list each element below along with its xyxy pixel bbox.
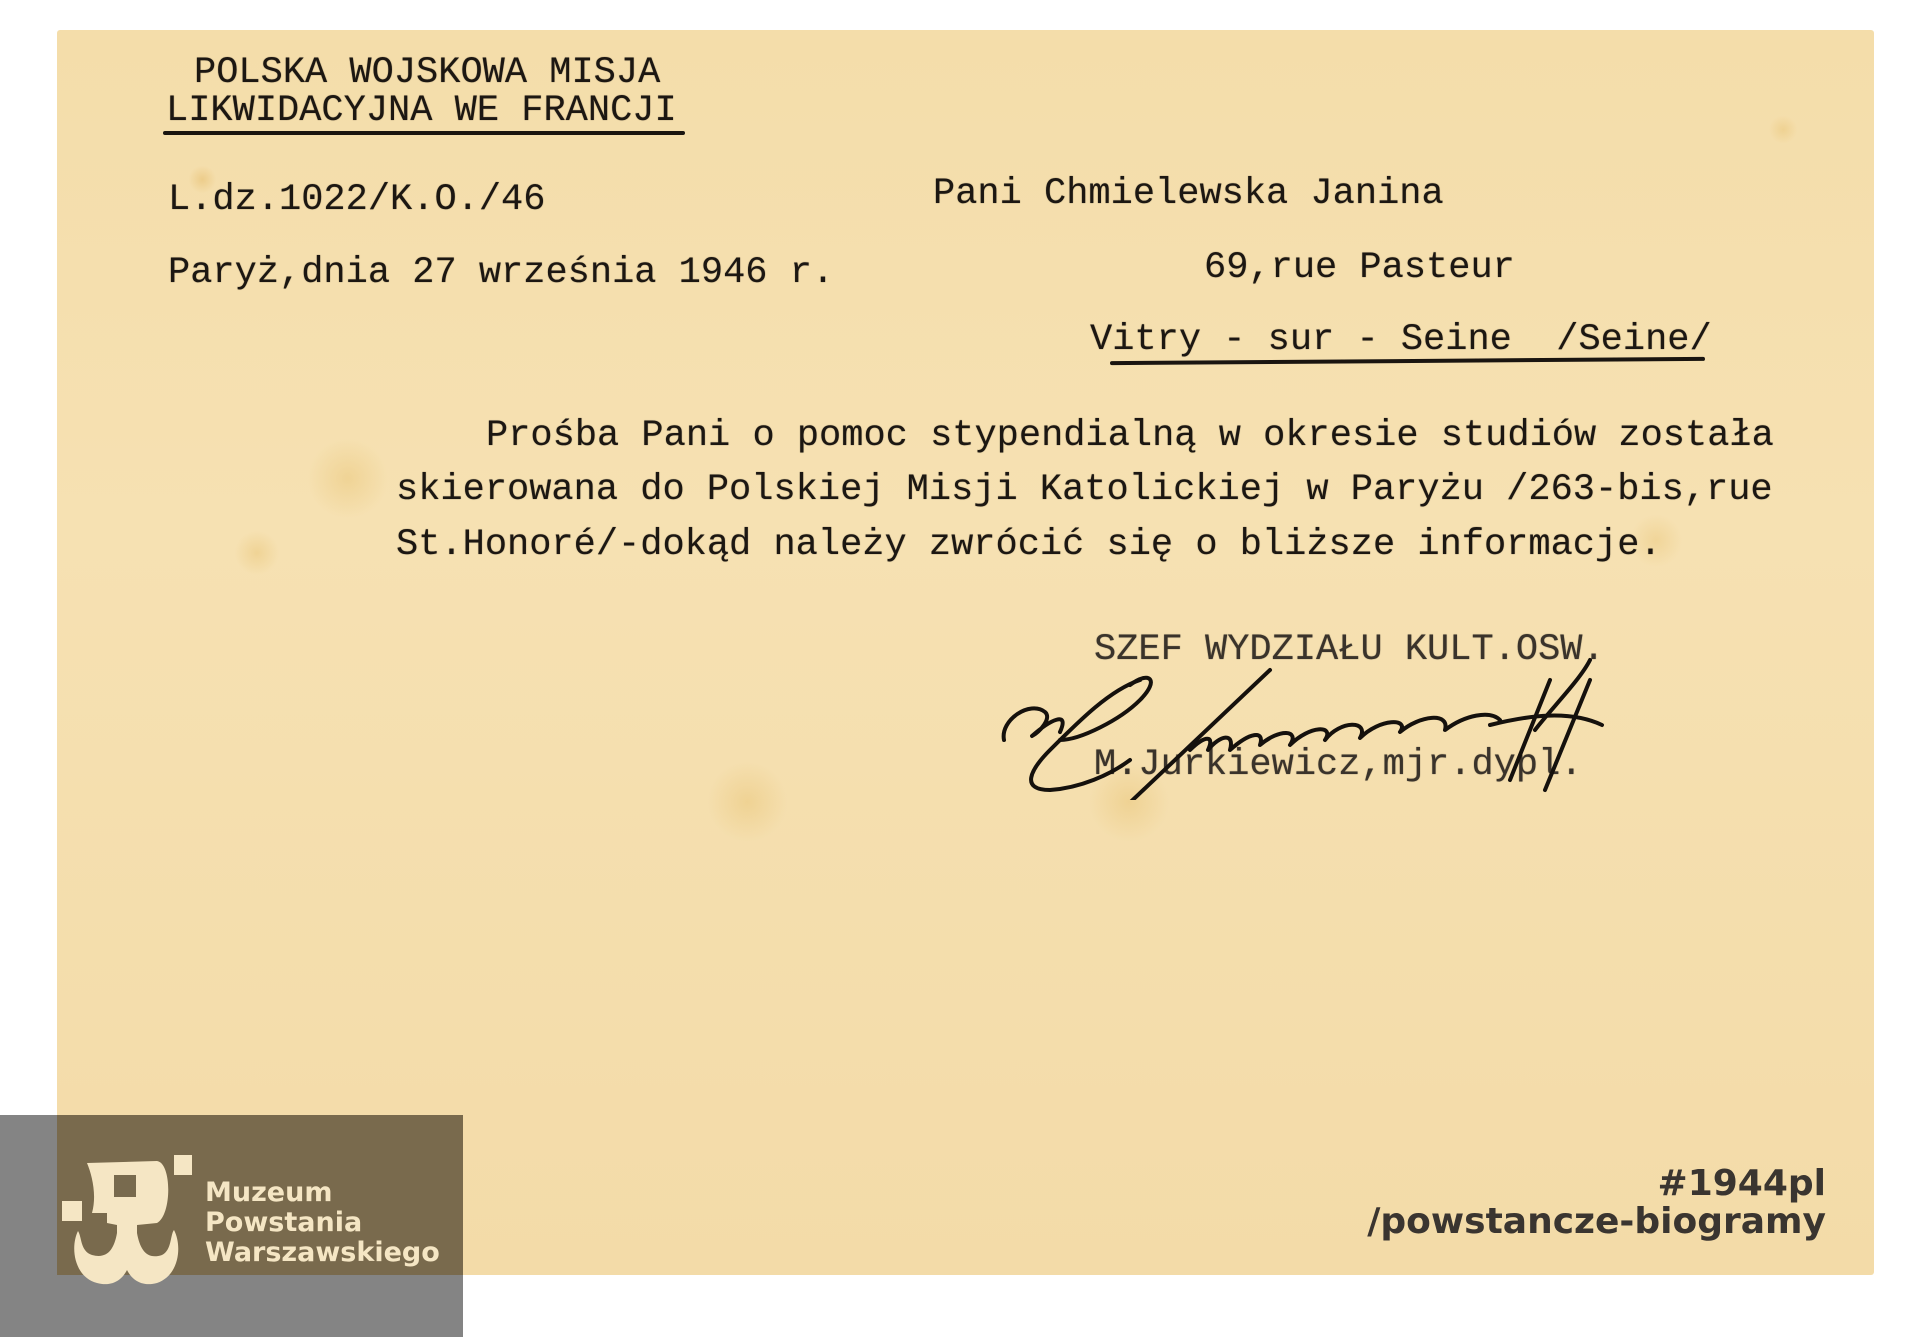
reference-number: L.dz.1022/K.O./46 (168, 182, 545, 219)
signature-name: M.Jurkiewicz,mjr.dypl. (1094, 747, 1582, 784)
letterhead-line-1: POLSKA WOJSKOWA MISJA (194, 55, 660, 92)
museum-name-line-3: Warszawskiego (205, 1238, 440, 1268)
hashtag: #1944pl (1367, 1165, 1826, 1203)
signature-title: SZEF WYDZIAŁU KULT.OSW. (1094, 632, 1605, 669)
letterhead-underline (163, 131, 685, 135)
biography-path: /powstancze-biogramy (1367, 1203, 1826, 1241)
recipient-street: 69,rue Pasteur (1204, 250, 1515, 287)
body-line-1: Prośba Pani o pomoc stypendialną w okres… (486, 418, 1774, 455)
museum-anchor-logo-icon (62, 1155, 192, 1285)
body-line-3: St.Honoré/-dokąd należy zwrócić się o bl… (396, 527, 1662, 564)
place-date: Paryż,dnia 27 września 1946 r. (168, 255, 834, 292)
museum-name: Muzeum Powstania Warszawskiego (205, 1178, 440, 1268)
recipient-name: Pani Chmielewska Janina (933, 176, 1444, 213)
recipient-city: Vitry - sur - Seine /Seine/ (1090, 322, 1712, 359)
museum-name-line-1: Muzeum (205, 1178, 440, 1208)
watermark-tags: #1944pl /powstancze-biogramy (1367, 1165, 1826, 1241)
museum-name-line-2: Powstania (205, 1208, 440, 1238)
letterhead-line-2: LIKWIDACYJNA WE FRANCJI (166, 93, 677, 130)
body-line-2: skierowana do Polskiej Misji Katolickiej… (396, 472, 1773, 509)
